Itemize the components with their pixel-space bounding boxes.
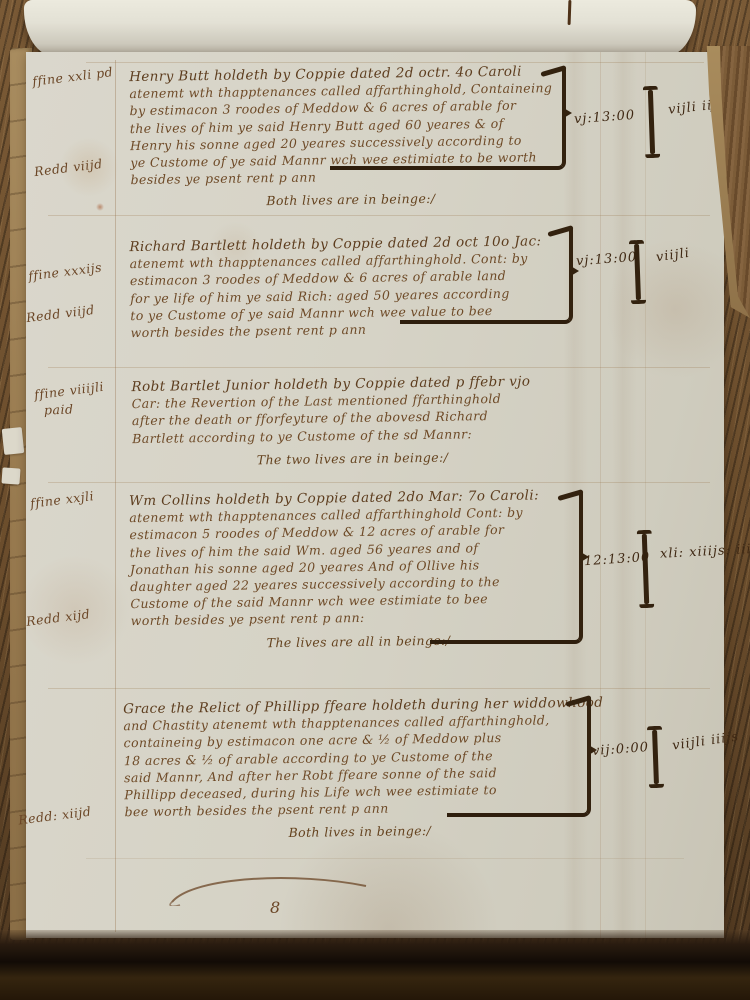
- lives-in-being-note: Both lives are in beinge:/: [131, 189, 571, 210]
- valuation-amount: viijli: [655, 246, 691, 266]
- margin-rent-note: Redd: xiijd: [17, 804, 92, 828]
- margin-fine-note: ffine xxli pd: [31, 64, 113, 89]
- lives-in-being-note: The two lives are in beinge:/: [132, 448, 572, 469]
- margin-rule-line: [115, 60, 116, 932]
- valuation-amount: vij:0:00: [592, 740, 650, 759]
- ink-bracket: [330, 68, 566, 170]
- valuation-amount: viijli iiijs: [671, 729, 740, 753]
- manuscript-page: ffine xxli pd Redd viijd ffine xxxijs Re…: [26, 52, 724, 938]
- ink-i-mark: [647, 726, 664, 788]
- valuation-amount: vj:13:00: [574, 108, 636, 127]
- valuation-amount: xli: xiiijs: iiijd: [660, 541, 750, 562]
- page-number: 8: [270, 898, 280, 917]
- ink-i-mark: [637, 530, 655, 608]
- ink-bracket: [400, 228, 573, 324]
- crease-line: [600, 52, 601, 938]
- margin-fine-note: ffine viiijli: [33, 379, 104, 402]
- ink-i-mark: [643, 86, 661, 158]
- ink-bracket: [430, 492, 583, 644]
- entry-separator-line: [48, 482, 710, 483]
- entry-separator-line: [48, 215, 710, 216]
- margin-fine-note: ffine xxjli: [29, 488, 95, 511]
- margin-rent-note: Redd viijd: [25, 302, 95, 325]
- margin-fine-paid-note: paid: [44, 401, 74, 417]
- entry-separator-line: [86, 62, 704, 63]
- ink-bracket: [447, 698, 591, 817]
- entry-separator-line: [86, 858, 684, 859]
- crease-line: [645, 52, 646, 938]
- photograph-of-manuscript: ffine xxli pd Redd viijd ffine xxxijs Re…: [0, 0, 750, 1000]
- entry-separator-line: [48, 367, 710, 368]
- rolled-back-pages: [24, 0, 696, 56]
- ink-i-mark: [629, 240, 646, 304]
- margin-rent-note: Redd xijd: [25, 606, 91, 629]
- lives-in-being-note: Both lives in beinge:/: [125, 821, 595, 843]
- entry-robert-bartlet-junior: Robt Bartlet Junior holdeth by Coppie da…: [131, 373, 572, 469]
- margin-fine-note: ffine xxxijs: [27, 260, 102, 284]
- entry-separator-line: [48, 688, 710, 689]
- protruding-page-corner: [1, 467, 20, 484]
- protruding-page-corner: [2, 427, 25, 455]
- valuation-amount: vijli iijs iiijd: [667, 93, 750, 118]
- book-fore-edge-shadow: [0, 930, 750, 1000]
- margin-rent-note: Redd viijd: [33, 156, 103, 179]
